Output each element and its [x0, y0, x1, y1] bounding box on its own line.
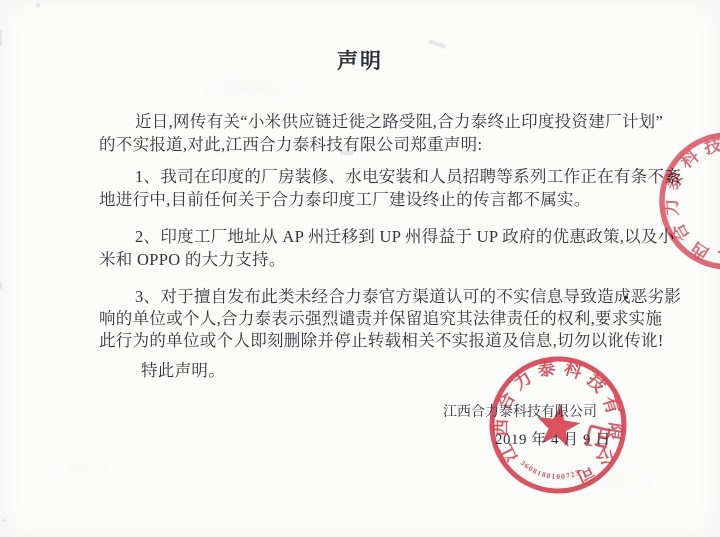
scan-speck	[36, 3, 40, 7]
statement-line: 的不实报道,对此,江西合力泰科技有限公司郑重声明:	[99, 135, 482, 155]
scan-edge-mark	[0, 30, 2, 46]
company-signature: 江西合力泰科技有限公司	[443, 401, 597, 421]
statement-line: 此行为的单位或个人即刻删除并停止转载相关不实报道及信息,切勿以讹传讹!	[99, 331, 664, 351]
scan-edge-mark	[0, 283, 2, 289]
statement-line: 1、我司在印度的厂房装修、水电安装和人员招聘等系列工作正在有条不紊	[135, 167, 681, 187]
document-title: 声明	[0, 45, 720, 75]
document-date: 2019 年 4 月 9 日	[495, 428, 611, 449]
company-seal: 江西合力泰科技有限公司 3608180100723 巴	[486, 353, 630, 497]
svg-text:江西合力泰科技有限公司: 江西合力泰科技有限公司	[648, 121, 720, 281]
statement-line: 近日,网传有关“小米供应链迁徙之路受阻,合力泰终止印度投资建厂计划”	[135, 112, 663, 132]
statement-line: 2、印度工厂地址从 AP 州迁移到 UP 州得益于 UP 政府的优惠政策,以及小	[135, 227, 675, 247]
statement-line: 米和 OPPO 的大力支持。	[99, 250, 286, 270]
scan-speck	[3, 519, 6, 522]
statement-line: 3、对于擅自发布此类未经合力泰官方渠道认可的不实信息导致造成恶劣影	[135, 287, 681, 307]
edge-company-seal: 江西合力泰科技有限公司	[648, 121, 720, 281]
statement-line: 地进行中,目前任何关于合力泰印度工厂建设终止的传言都不属实。	[99, 190, 591, 210]
scanned-statement-document: 江西合力泰科技有限公司 江西合力泰科技有限公司 3608180100723 巴 …	[0, 0, 720, 537]
edge-seal-ring-text: 江西合力泰科技有限公司	[648, 121, 720, 281]
closing-line: 特此声明。	[141, 361, 225, 381]
statement-line: 响的单位或个人,合力泰表示强烈谴责并保留追究其法律责任的权利,要求实施	[99, 309, 662, 329]
